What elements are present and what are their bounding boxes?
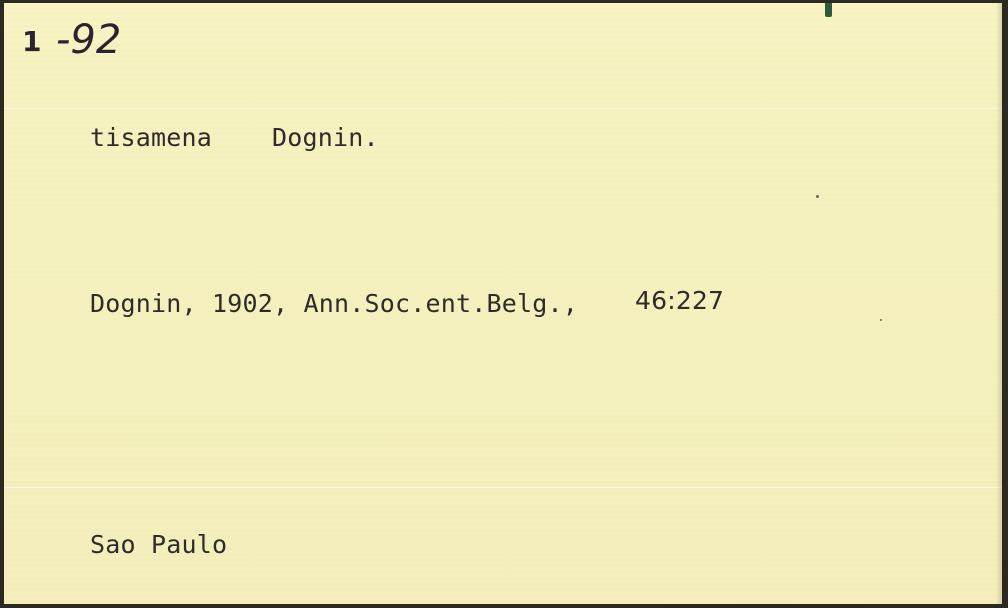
reference-volume-page: 46:227 [635,286,724,315]
reference-citation: Dognin, 1902, Ann.Soc.ent.Belg., [90,289,578,318]
speck [880,319,882,321]
index-card: 1 -92 tisamena Dognin. Dognin, 1902, Ann… [4,3,1002,604]
species-author: Dognin. [272,123,379,152]
speck [816,195,819,198]
bottom-shadow [600,604,930,608]
card-edge [996,3,1002,604]
tab-marker [825,3,832,17]
card-number-prefix: 1 [22,25,41,58]
species-name: tisamena [90,123,212,152]
card-number-handwritten: -92 [56,17,121,63]
card-rule [4,487,1002,488]
card-rule [4,108,1002,109]
locality: Sao Paulo [90,530,227,559]
